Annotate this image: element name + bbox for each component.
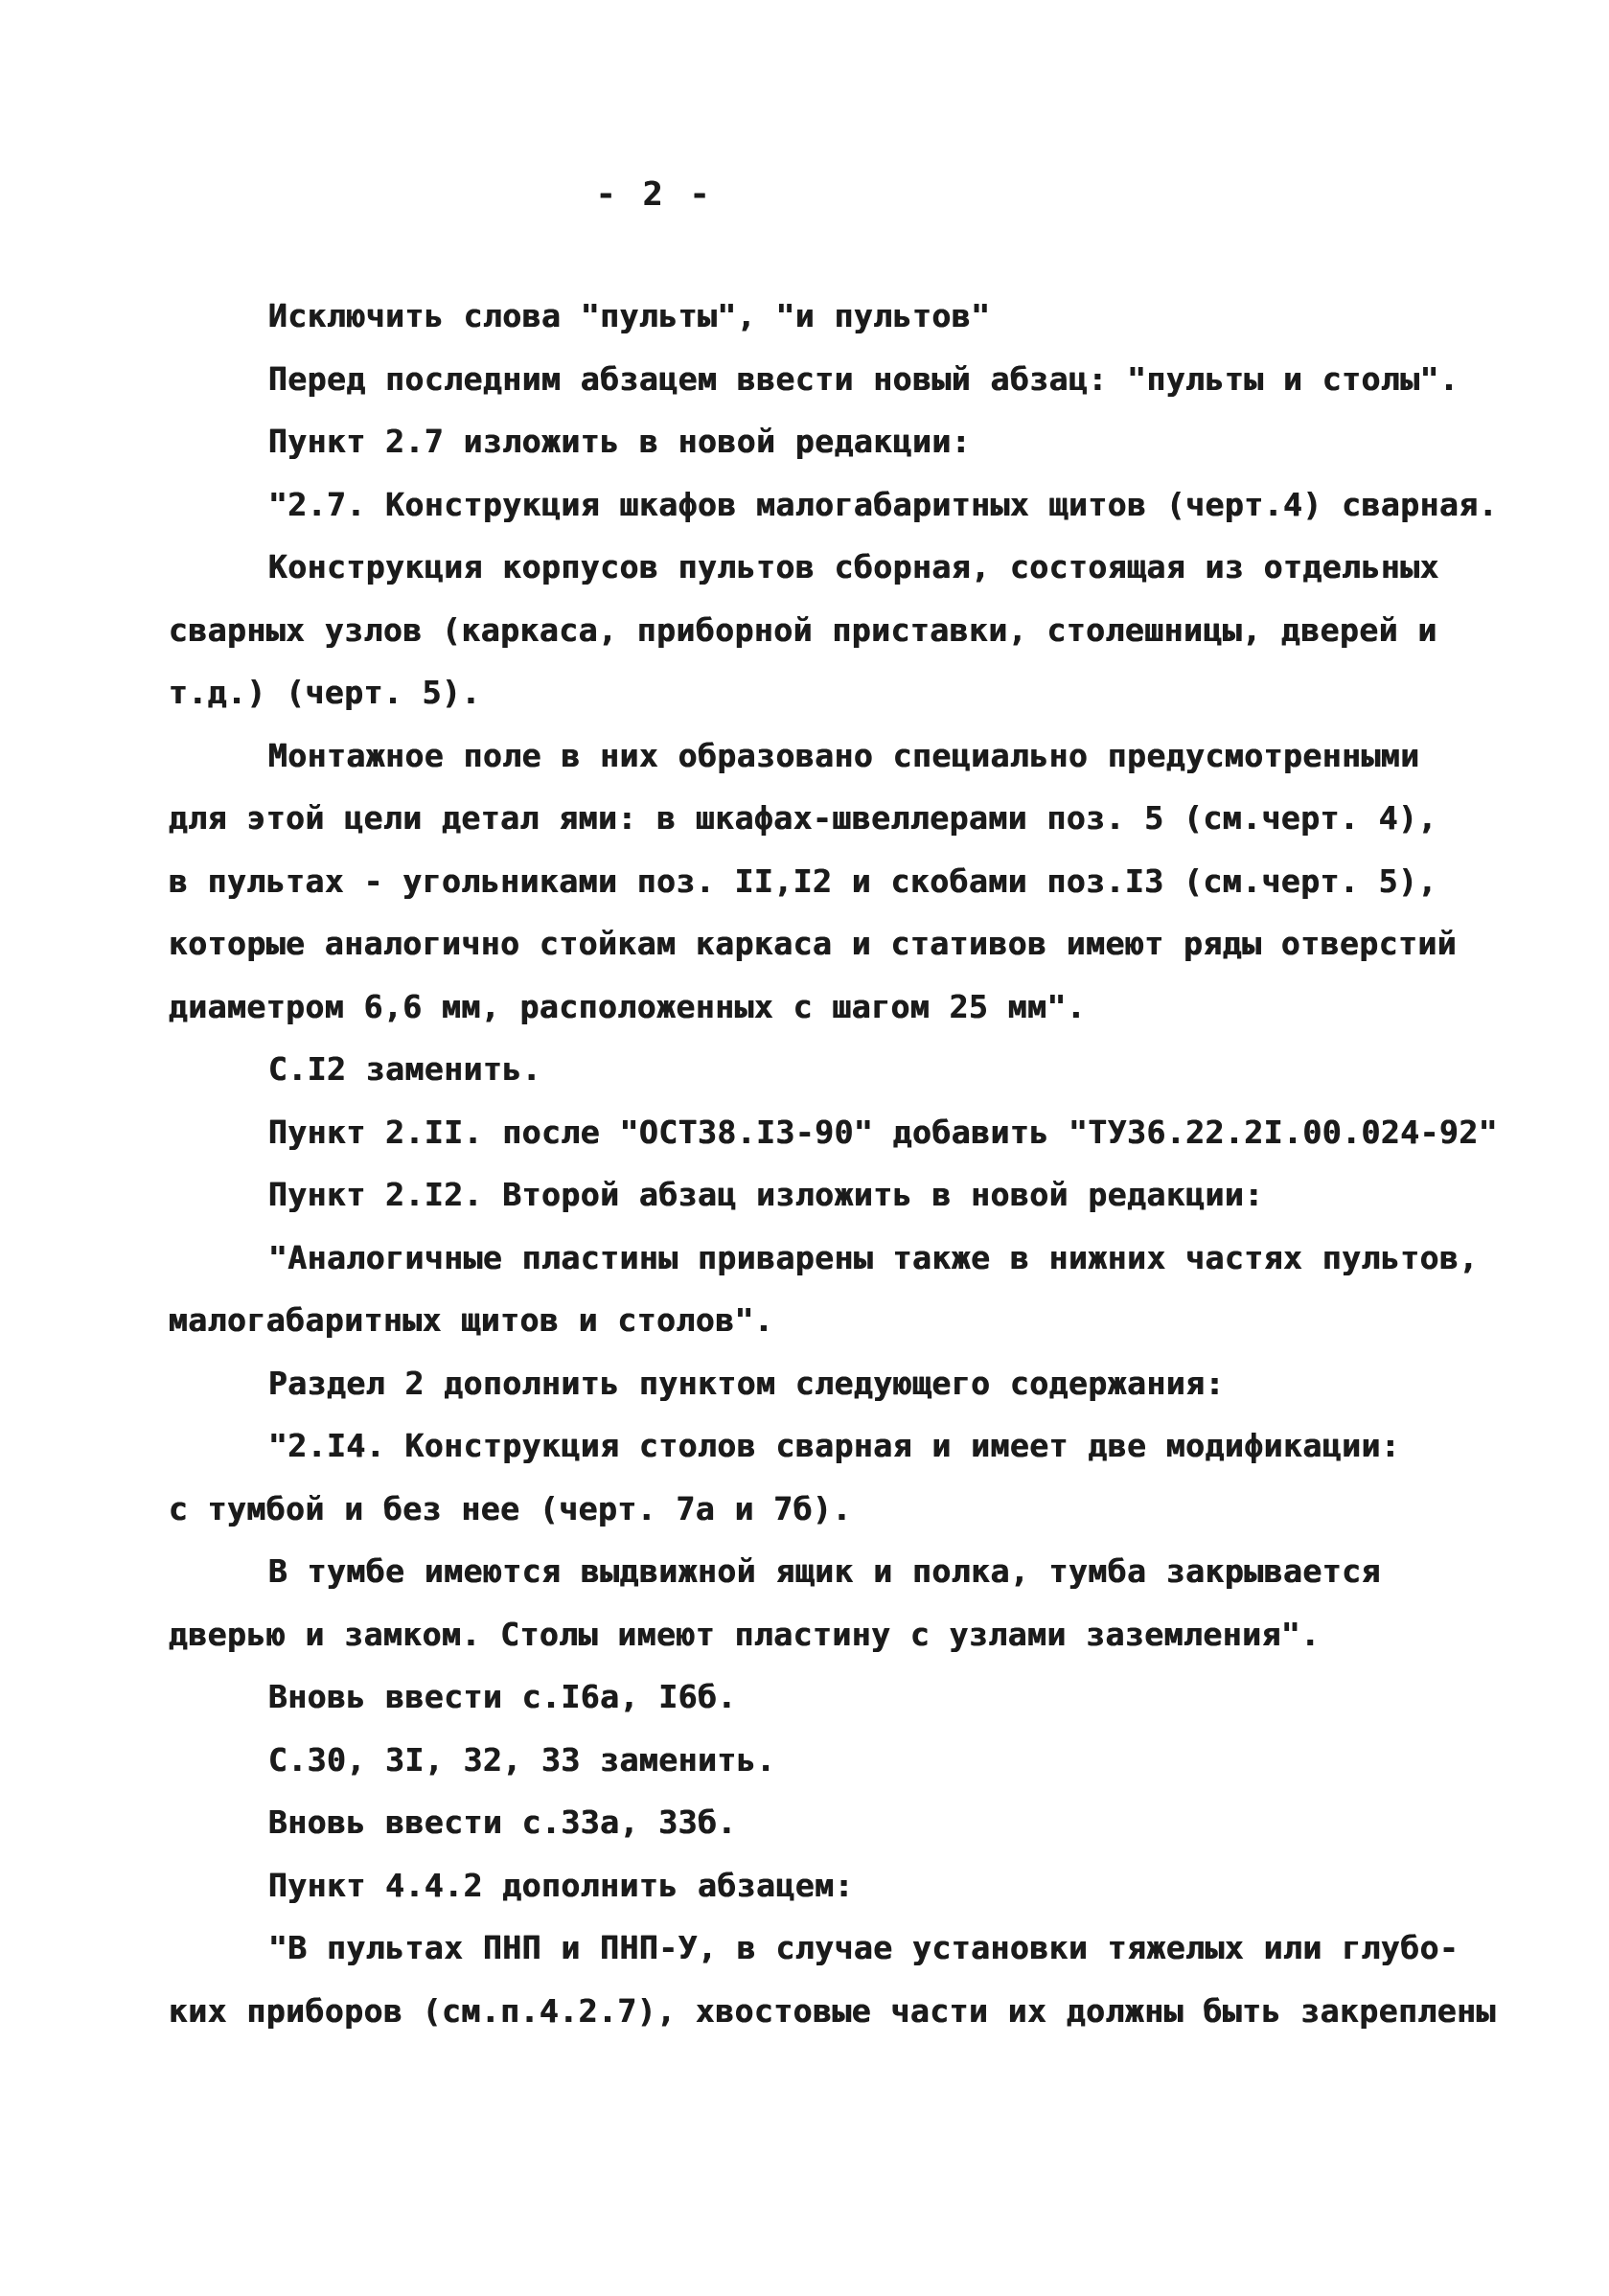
text-line: Раздел 2 дополнить пунктом следующего со… <box>169 1352 1549 1415</box>
text-line: "Аналогичные пластины приварены также в … <box>169 1227 1549 1290</box>
text-line: Конструкция корпусов пультов сборная, со… <box>169 536 1549 599</box>
text-line: с тумбой и без нее (черт. 7а и 7б). <box>169 1478 1549 1541</box>
text-line: Пункт 2.II. после "ОСТ38.I3-90" добавить… <box>169 1101 1549 1164</box>
text-line: малогабаритных щитов и столов". <box>169 1289 1549 1352</box>
text-line: сварных узлов (каркаса, приборной приста… <box>169 599 1549 662</box>
text-line: для этой цели детал ями: в шкафах-швелле… <box>169 787 1549 850</box>
text-line: которые аналогично стойкам каркаса и ста… <box>169 912 1549 976</box>
text-line: Монтажное поле в них образовано специаль… <box>169 724 1549 788</box>
text-line: "2.I4. Конструкция столов сварная и имее… <box>169 1414 1549 1478</box>
text-line: в пультах - угольниками поз. II,I2 и ско… <box>169 850 1549 913</box>
text-line: Пункт 4.4.2 дополнить абзацем: <box>169 1854 1549 1917</box>
text-line: С.I2 заменить. <box>169 1038 1549 1101</box>
text-line: В тумбе имеются выдвижной ящик и полка, … <box>169 1540 1549 1603</box>
text-line: Исключить слова "пульты", "и пультов" <box>169 285 1549 348</box>
text-line: дверью и замком. Столы имеют пластину с … <box>169 1603 1549 1666</box>
text-line: ких приборов (см.п.4.2.7), хвостовые час… <box>169 1980 1549 2043</box>
page-number: - 2 - <box>596 175 713 214</box>
document-page: - 2 - Исключить слова "пульты", "и пульт… <box>0 0 1609 2296</box>
text-line: С.30, 3I, 32, 33 заменить. <box>169 1729 1549 1792</box>
text-line: "2.7. Конструкция шкафов малогабаритных … <box>169 473 1549 537</box>
text-line: диаметром 6,6 мм, расположенных с шагом … <box>169 976 1549 1039</box>
text-line: Вновь ввести с.I6а, I6б. <box>169 1665 1549 1729</box>
text-line: Пункт 2.I2. Второй абзац изложить в ново… <box>169 1163 1549 1227</box>
text-line: Пункт 2.7 изложить в новой редакции: <box>169 410 1549 473</box>
text-line: "В пультах ПНП и ПНП-У, в случае установ… <box>169 1917 1549 1980</box>
text-line: Перед последним абзацем ввести новый абз… <box>169 348 1549 411</box>
text-line: т.д.) (черт. 5). <box>169 661 1549 724</box>
text-line: Вновь ввести с.33а, 33б. <box>169 1791 1549 1854</box>
document-text-block: Исключить слова "пульты", "и пультов" Пе… <box>169 285 1549 2042</box>
